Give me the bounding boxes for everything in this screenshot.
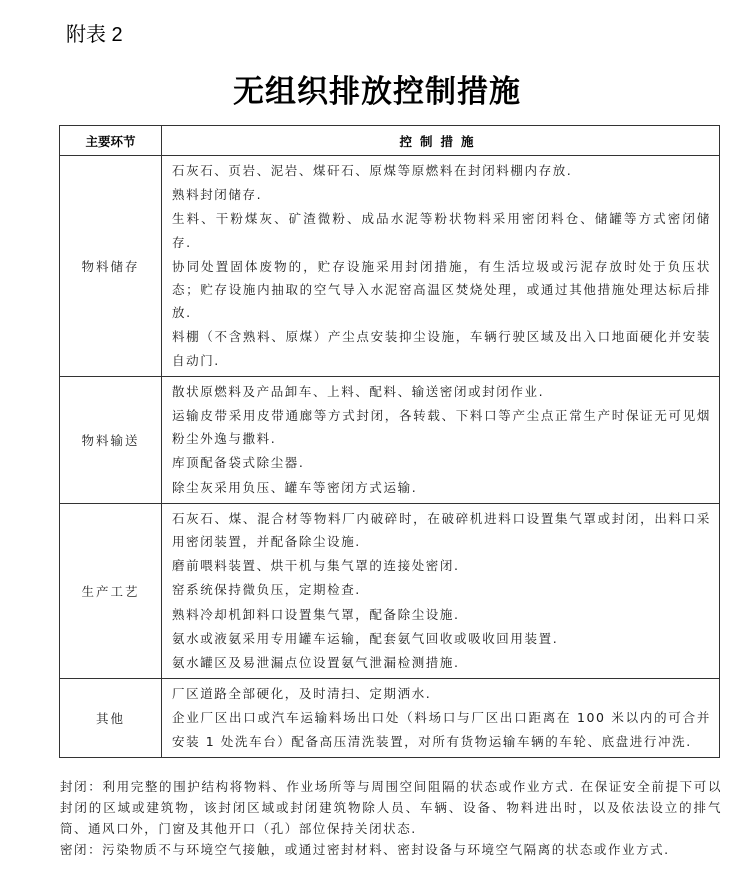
stage-cell: 其他 (60, 679, 162, 758)
measure-item: 熟料封闭储存. (172, 183, 711, 206)
appendix-label: 附表 2 (66, 18, 123, 47)
measures-cell: 石灰石、页岩、泥岩、煤矸石、原煤等原燃料在封闭料棚内存放. 熟料封闭储存. 生料… (162, 156, 720, 377)
measure-item: 石灰石、页岩、泥岩、煤矸石、原煤等原燃料在封闭料棚内存放. (172, 159, 711, 182)
measure-item: 库顶配备袋式除尘器. (172, 451, 711, 474)
measure-item: 除尘灰采用负压、罐车等密闭方式运输. (172, 476, 711, 499)
footnotes: 封闭：利用完整的围护结构将物料、作业场所等与周围空间阻隔的状态或作业方式. 在保… (60, 776, 722, 860)
measure-item: 企业厂区出口或汽车运输料场出口处（料场口与厂区出口距离在 100 米以内的可合并… (172, 706, 711, 752)
measure-item: 生料、干粉煤灰、矿渣微粉、成品水泥等粉状物料采用密闭料仓、储罐等方式密闭储存. (172, 207, 711, 253)
table-header-row: 主要环节 控制措施 (60, 126, 720, 156)
measures-cell: 厂区道路全部硬化，及时清扫、定期洒水. 企业厂区出口或汽车运输料场出口处（料场口… (162, 679, 720, 758)
stage-cell: 物料储存 (60, 156, 162, 377)
measure-item: 氨水罐区及易泄漏点位设置氨气泄漏检测措施. (172, 651, 711, 674)
measure-item: 散状原燃料及产品卸车、上料、配料、输送密闭或封闭作业. (172, 380, 711, 403)
measure-item: 熟料冷却机卸料口设置集气罩，配备除尘设施. (172, 603, 711, 626)
measures-cell: 散状原燃料及产品卸车、上料、配料、输送密闭或封闭作业. 运输皮带采用皮带通廊等方… (162, 376, 720, 503)
measure-item: 石灰石、煤、混合材等物料厂内破碎时，在破碎机进料口设置集气罩或封闭，出料口采用密… (172, 507, 711, 553)
measure-item: 协同处置固体废物的，贮存设施采用封闭措施，有生活垃圾或污泥存放时处于负压状态；贮… (172, 255, 711, 325)
page-title: 无组织排放控制措施 (0, 66, 754, 111)
control-measures-table: 主要环节 控制措施 物料储存 石灰石、页岩、泥岩、煤矸石、原煤等原燃料在封闭料棚… (59, 125, 720, 758)
note-enclosed-definition: 封闭：利用完整的围护结构将物料、作业场所等与周围空间阻隔的状态或作业方式. 在保… (60, 776, 722, 839)
header-measures: 控制措施 (162, 126, 720, 156)
measure-item: 窑系统保持微负压，定期检查. (172, 578, 711, 601)
stage-cell: 物料输送 (60, 376, 162, 503)
measure-item: 氨水或液氨采用专用罐车运输，配套氨气回收或吸收回用装置. (172, 627, 711, 650)
table-row: 物料储存 石灰石、页岩、泥岩、煤矸石、原煤等原燃料在封闭料棚内存放. 熟料封闭储… (60, 156, 720, 377)
table-row: 生产工艺 石灰石、煤、混合材等物料厂内破碎时，在破碎机进料口设置集气罩或封闭，出… (60, 503, 720, 678)
measures-cell: 石灰石、煤、混合材等物料厂内破碎时，在破碎机进料口设置集气罩或封闭，出料口采用密… (162, 503, 720, 678)
measure-item: 厂区道路全部硬化，及时清扫、定期洒水. (172, 682, 711, 705)
note-sealed-definition: 密闭：污染物质不与环境空气接触，或通过密封材料、密封设备与环境空气隔离的状态或作… (60, 839, 722, 860)
table-row: 物料输送 散状原燃料及产品卸车、上料、配料、输送密闭或封闭作业. 运输皮带采用皮… (60, 376, 720, 503)
table-row: 其他 厂区道路全部硬化，及时清扫、定期洒水. 企业厂区出口或汽车运输料场出口处（… (60, 679, 720, 758)
measure-item: 磨前喂料装置、烘干机与集气罩的连接处密闭. (172, 554, 711, 577)
header-stage: 主要环节 (60, 126, 162, 156)
stage-cell: 生产工艺 (60, 503, 162, 678)
measure-item: 料棚（不含熟料、原煤）产尘点安装抑尘设施，车辆行驶区域及出入口地面硬化并安装自动… (172, 325, 711, 371)
measure-item: 运输皮带采用皮带通廊等方式封闭，各转载、下料口等产尘点正常生产时保证无可见烟粉尘… (172, 404, 711, 450)
